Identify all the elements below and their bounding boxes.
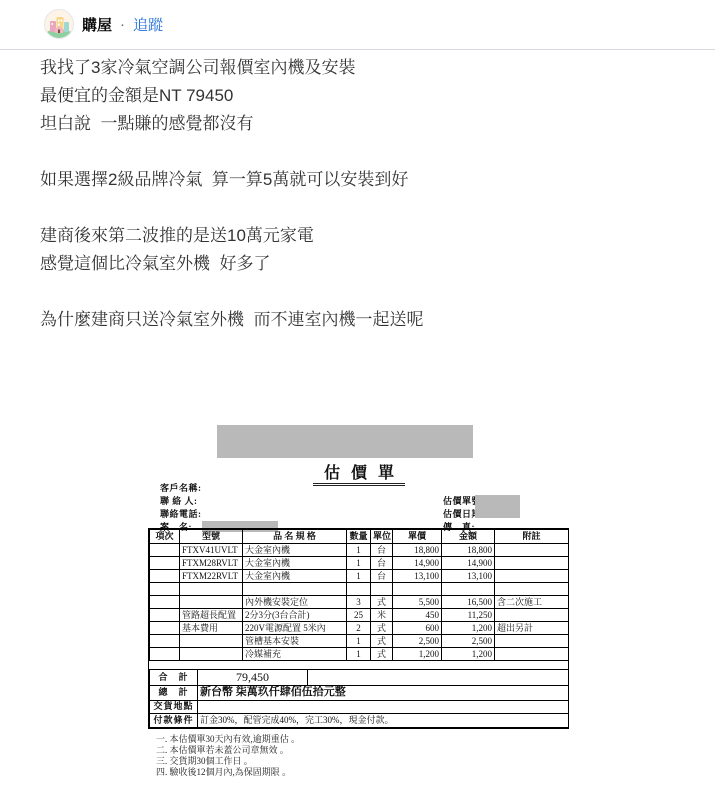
table-cell: 管槽基本安裝: [243, 635, 347, 648]
table-cell: 2: [347, 622, 371, 635]
table-cell: 16,500: [442, 596, 495, 609]
table-cell: [495, 570, 569, 583]
table-cell: [495, 635, 569, 648]
quote-customer-fields: 客戶名稱: 聯 絡 人: 聯絡電話: 案 名:: [160, 482, 202, 534]
post-text-line: 我找了3家冷氣空調公司報價室內機及安裝: [40, 54, 700, 82]
post-text-line: [40, 194, 700, 222]
quote-image[interactable]: 估價單 客戶名稱: 聯 絡 人: 聯絡電話: 案 名: 估價單號: 估價日期: …: [148, 420, 570, 784]
table-cell: [150, 583, 180, 596]
post-header: 購屋 · 追蹤: [44, 8, 163, 40]
note-line: 四. 驗收後12個月內,為保固期限 。: [156, 767, 300, 778]
table-cell: FTXV41UVLT: [180, 544, 243, 557]
quote-title: 估價單: [148, 460, 570, 483]
post-text-line: 坦白說 一點賺的感覺都沒有: [40, 110, 700, 138]
col-header-note: 附註: [495, 530, 569, 544]
table-cell: 1: [347, 557, 371, 570]
table-row: FTXM22RVLT 大金室內機 1 台 13,100 13,100: [150, 570, 569, 583]
table-cell: 18,800: [442, 544, 495, 557]
col-header-qty: 數量: [347, 530, 371, 544]
table-cell: 2分3分(3台合計): [243, 609, 347, 622]
table-row: 管路超長配置 2分3分(3台合計) 25 米 450 11,250: [150, 609, 569, 622]
table-cell: 2,500: [393, 635, 442, 648]
col-header-description: 品 名 規 格: [243, 530, 347, 544]
table-cell: 220V電源配置 5米內: [243, 622, 347, 635]
grand-total-label: 總 計: [150, 685, 198, 700]
table-cell: [150, 570, 180, 583]
table-cell: [150, 622, 180, 635]
table-cell: [393, 583, 442, 596]
field-label-phone: 聯絡電話:: [160, 508, 202, 521]
table-header-row: 項次 型號 品 名 規 格 數量 單位 單價 金額 附註: [150, 530, 569, 544]
table-cell: 大金室內機: [243, 570, 347, 583]
table-cell: [150, 557, 180, 570]
subtotal-row: 合 計 79,450: [150, 669, 569, 685]
table-cell: 台: [371, 557, 393, 570]
table-cell: 13,100: [393, 570, 442, 583]
table-row: 冷媒補充 1 式 1,200 1,200: [150, 648, 569, 661]
table-row: 基本費用 220V電源配置 5米內 2 式 600 1,200 超出另計: [150, 622, 569, 635]
field-label-contact: 聯 絡 人:: [160, 495, 202, 508]
subtotal-label: 合 計: [150, 669, 198, 685]
table-cell: [495, 648, 569, 661]
table-cell: [371, 583, 393, 596]
table-row: FTXV41UVLT 大金室內機 1 台 18,800 18,800: [150, 544, 569, 557]
delivery-row: 交貨地點: [150, 700, 569, 713]
table-cell: 3: [347, 596, 371, 609]
quote-table: 項次 型號 品 名 規 格 數量 單位 單價 金額 附註 FTXV41UVLT …: [148, 528, 569, 729]
col-header-unit: 單位: [371, 530, 393, 544]
delivery-label: 交貨地點: [150, 700, 198, 713]
col-header-unit-price: 單價: [393, 530, 442, 544]
payment-row: 付款條件 訂金30%，配管完成40%，完工30%，現金付款。: [150, 713, 569, 727]
post-body: 我找了3家冷氣空調公司報價室內機及安裝 最便宜的金額是NT 79450 坦白說 …: [40, 54, 700, 334]
table-cell: 1,200: [442, 622, 495, 635]
table-cell: FTXM22RVLT: [180, 570, 243, 583]
field-label-customer: 客戶名稱:: [160, 482, 202, 495]
table-cell: 2,500: [442, 635, 495, 648]
table-cell: 5,500: [393, 596, 442, 609]
table-cell: 大金室內機: [243, 557, 347, 570]
table-cell: [150, 596, 180, 609]
table-cell: [180, 596, 243, 609]
note-line: 三. 交貨期30個工作日 。: [156, 756, 300, 767]
post-text-line: 最便宜的金額是NT 79450: [40, 82, 700, 110]
table-cell: [495, 557, 569, 570]
post-text-line: 為什麼建商只送冷氣室外機 而不連室內機一起送呢: [40, 306, 700, 334]
table-cell: [442, 583, 495, 596]
table-cell: 式: [371, 635, 393, 648]
table-cell: 台: [371, 544, 393, 557]
table-cell: [308, 669, 569, 685]
table-cell: [150, 544, 180, 557]
group-avatar[interactable]: [44, 9, 74, 39]
post-text-line: 如果選擇2級品牌冷氣 算一算5萬就可以安裝到好: [40, 166, 700, 194]
table-cell: 大金室內機: [243, 544, 347, 557]
table-cell: 450: [393, 609, 442, 622]
table-cell: 11,250: [442, 609, 495, 622]
table-cell: [150, 609, 180, 622]
table-cell: 14,900: [442, 557, 495, 570]
quote-totals-table: 合 計 79,450 總 計 新台幣 柒萬玖仟肆佰伍拾元整 交貨地點 付款條件 …: [149, 669, 569, 728]
house-illustration-icon: [45, 10, 73, 38]
table-cell: 基本費用: [180, 622, 243, 635]
delivery-value: [198, 700, 569, 713]
table-cell: 1,200: [442, 648, 495, 661]
table-cell: 1: [347, 570, 371, 583]
col-header-index: 項次: [150, 530, 180, 544]
table-cell: [495, 544, 569, 557]
table-cell: 14,900: [393, 557, 442, 570]
table-row: 管槽基本安裝 1 式 2,500 2,500: [150, 635, 569, 648]
table-cell: [180, 635, 243, 648]
table-cell: 式: [371, 596, 393, 609]
table-cell: 13,100: [442, 570, 495, 583]
table-cell: FTXM28RVLT: [180, 557, 243, 570]
payment-value: 訂金30%，配管完成40%，完工30%，現金付款。: [198, 713, 569, 727]
table-row: 內外機安裝定位 3 式 5,500 16,500 含二次施工: [150, 596, 569, 609]
table-cell: 1,200: [393, 648, 442, 661]
table-cell: 含二次施工: [495, 596, 569, 609]
table-cell: 內外機安裝定位: [243, 596, 347, 609]
table-cell: 台: [371, 570, 393, 583]
note-line: 二. 本估價單若未蓋公司章無效 。: [156, 745, 300, 756]
quote-items-table: 項次 型號 品 名 規 格 數量 單位 單價 金額 附註 FTXV41UVLT …: [149, 529, 569, 669]
table-cell: [150, 635, 180, 648]
post-text-line: [40, 278, 700, 306]
table-row: FTXM28RVLT 大金室內機 1 台 14,900 14,900: [150, 557, 569, 570]
table-cell: [150, 661, 569, 669]
redacted-quote-number: [475, 495, 520, 518]
table-cell: [495, 609, 569, 622]
group-name-link[interactable]: 購屋: [82, 14, 112, 35]
table-cell: [180, 583, 243, 596]
table-cell: [347, 583, 371, 596]
table-cell: [150, 648, 180, 661]
table-cell: 式: [371, 622, 393, 635]
table-cell: 18,800: [393, 544, 442, 557]
note-line: 一. 本估價單30天內有效,逾期重估 。: [156, 734, 300, 745]
currency-label: 新台幣: [200, 686, 233, 698]
redacted-company-name: [217, 425, 473, 458]
header-divider: [0, 49, 715, 50]
col-header-amount: 金額: [442, 530, 495, 544]
table-cell: 1: [347, 635, 371, 648]
grand-total-value: 新台幣 柒萬玖仟肆佰伍拾元整: [198, 685, 569, 700]
table-cell: 超出另計: [495, 622, 569, 635]
table-cell: [243, 583, 347, 596]
follow-link[interactable]: 追蹤: [133, 14, 163, 35]
post-text-line: [40, 138, 700, 166]
table-cell: 25: [347, 609, 371, 622]
grand-total-row: 總 計 新台幣 柒萬玖仟肆佰伍拾元整: [150, 685, 569, 700]
amount-in-words: 柒萬玖仟肆佰伍拾元整: [236, 686, 346, 698]
payment-label: 付款條件: [150, 713, 198, 727]
subtotal-value: 79,450: [198, 669, 308, 685]
table-cell: [180, 648, 243, 661]
table-separator-row: [150, 661, 569, 669]
table-cell: 米: [371, 609, 393, 622]
dot-separator: ·: [120, 16, 125, 33]
table-cell: 管路超長配置: [180, 609, 243, 622]
quote-notes: 一. 本估價單30天內有效,逾期重估 。 二. 本估價單若未蓋公司章無效 。 三…: [156, 734, 300, 778]
table-row-empty: [150, 583, 569, 596]
table-cell: 冷媒補充: [243, 648, 347, 661]
post-text-line: 感覺這個比冷氣室外機 好多了: [40, 250, 700, 278]
table-cell: 式: [371, 648, 393, 661]
table-cell: 1: [347, 544, 371, 557]
table-cell: [495, 583, 569, 596]
table-cell: 600: [393, 622, 442, 635]
post-text-line: 建商後來第二波推的是送10萬元家電: [40, 222, 700, 250]
table-cell: 1: [347, 648, 371, 661]
col-header-model: 型號: [180, 530, 243, 544]
